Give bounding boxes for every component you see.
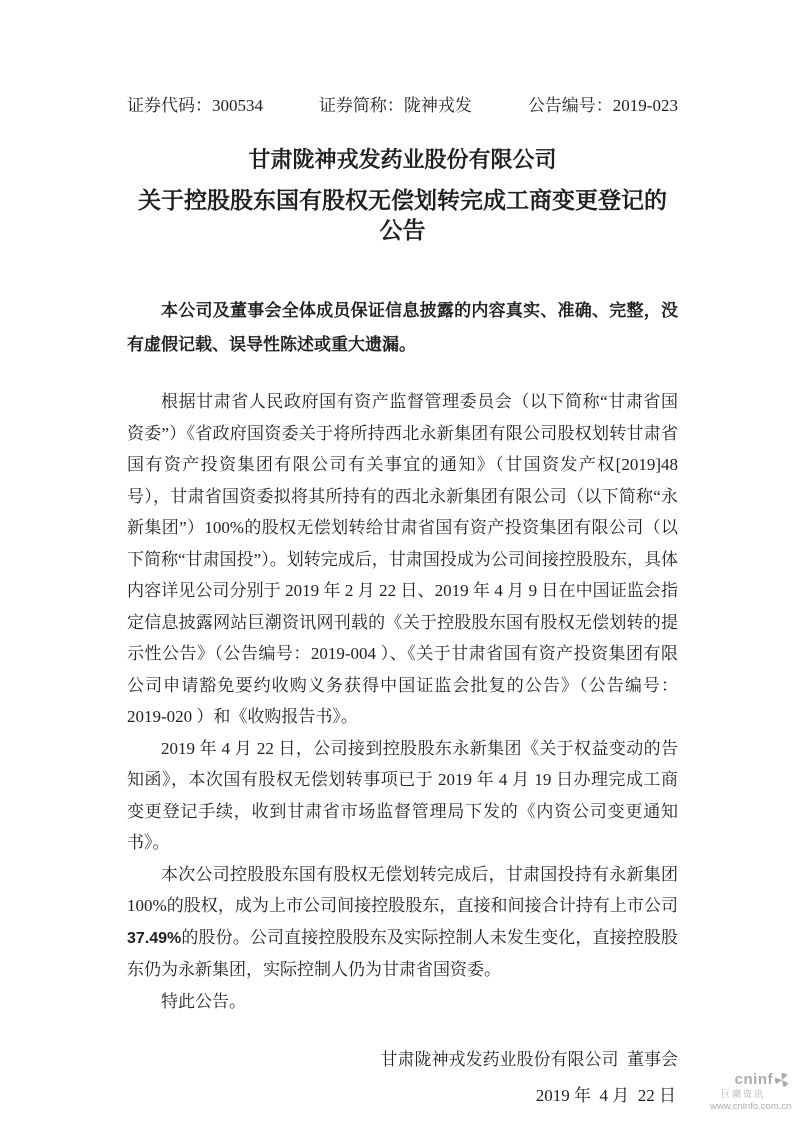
paragraph-registration-completed: 2019 年 4 月 22 日，公司接到控股股东永新集团《关于权益变动的告知函》…	[127, 733, 678, 859]
cninfo-brand-name: 巨潮资讯	[710, 1090, 790, 1100]
cninfo-website-url: www.cninfo.com.cn	[710, 1102, 790, 1112]
closing-statement: 特此公告。	[127, 986, 678, 1018]
paragraph-shareholding-result: 本次公司控股股东国有股权无偿划转完成后，甘肃国投持有永新集团 100%的股权，成…	[127, 859, 678, 986]
announcement-number: 公告编号：2019-023	[528, 95, 678, 117]
document-header: 证券代码：300534 证券简称：陇神戎发 公告编号：2019-023	[127, 95, 678, 117]
stock-code: 证券代码：300534	[127, 95, 263, 117]
announcement-subject-title: 关于控股股东国有股权无偿划转完成工商变更登记的公告	[127, 186, 678, 246]
paragraph-3-text-pre: 本次公司控股股东国有股权无偿划转完成后，甘肃国投持有永新集团 100%的股权，成…	[127, 865, 678, 916]
paragraph-3-text-post: 的股份。公司直接控股股东及实际控制人未发生变化，直接控股股东仍为永新集团，实际控…	[127, 928, 678, 980]
announcement-page: 证券代码：300534 证券简称：陇神戎发 公告编号：2019-023 甘肃陇神…	[0, 0, 793, 1122]
cninfo-watermark: cninf 巨潮资讯 www.cninfo.com.cn	[710, 1072, 790, 1112]
cninfo-logo-text: cninf	[735, 1072, 773, 1089]
stock-short-name: 证券简称：陇神戎发	[319, 95, 472, 117]
signature-company: 甘肃陇神戎发药业股份有限公司 董事会	[127, 1044, 678, 1076]
signature-block: 甘肃陇神戎发药业股份有限公司 董事会 2019 年 4 月 22 日	[127, 1044, 678, 1112]
document-content: 证券代码：300534 证券简称：陇神戎发 公告编号：2019-023 甘肃陇神…	[127, 0, 678, 1112]
signature-date: 2019 年 4 月 22 日	[127, 1080, 678, 1112]
paragraph-transfer-background: 根据甘肃省人民政府国有资产监督管理委员会（以下简称“甘肃省国资委”）《省政府国资…	[127, 386, 678, 733]
board-disclaimer: 本公司及董事会全体成员保证信息披露的内容真实、准确、完整，没有虚假记载、误导性陈…	[127, 294, 678, 362]
company-name-title: 甘肃陇神戎发药业股份有限公司	[127, 147, 678, 173]
cninfo-logo-row: cninf	[710, 1072, 790, 1089]
cninfo-swirl-icon	[774, 1072, 790, 1088]
shareholding-percentage: 37.49%	[127, 930, 181, 947]
